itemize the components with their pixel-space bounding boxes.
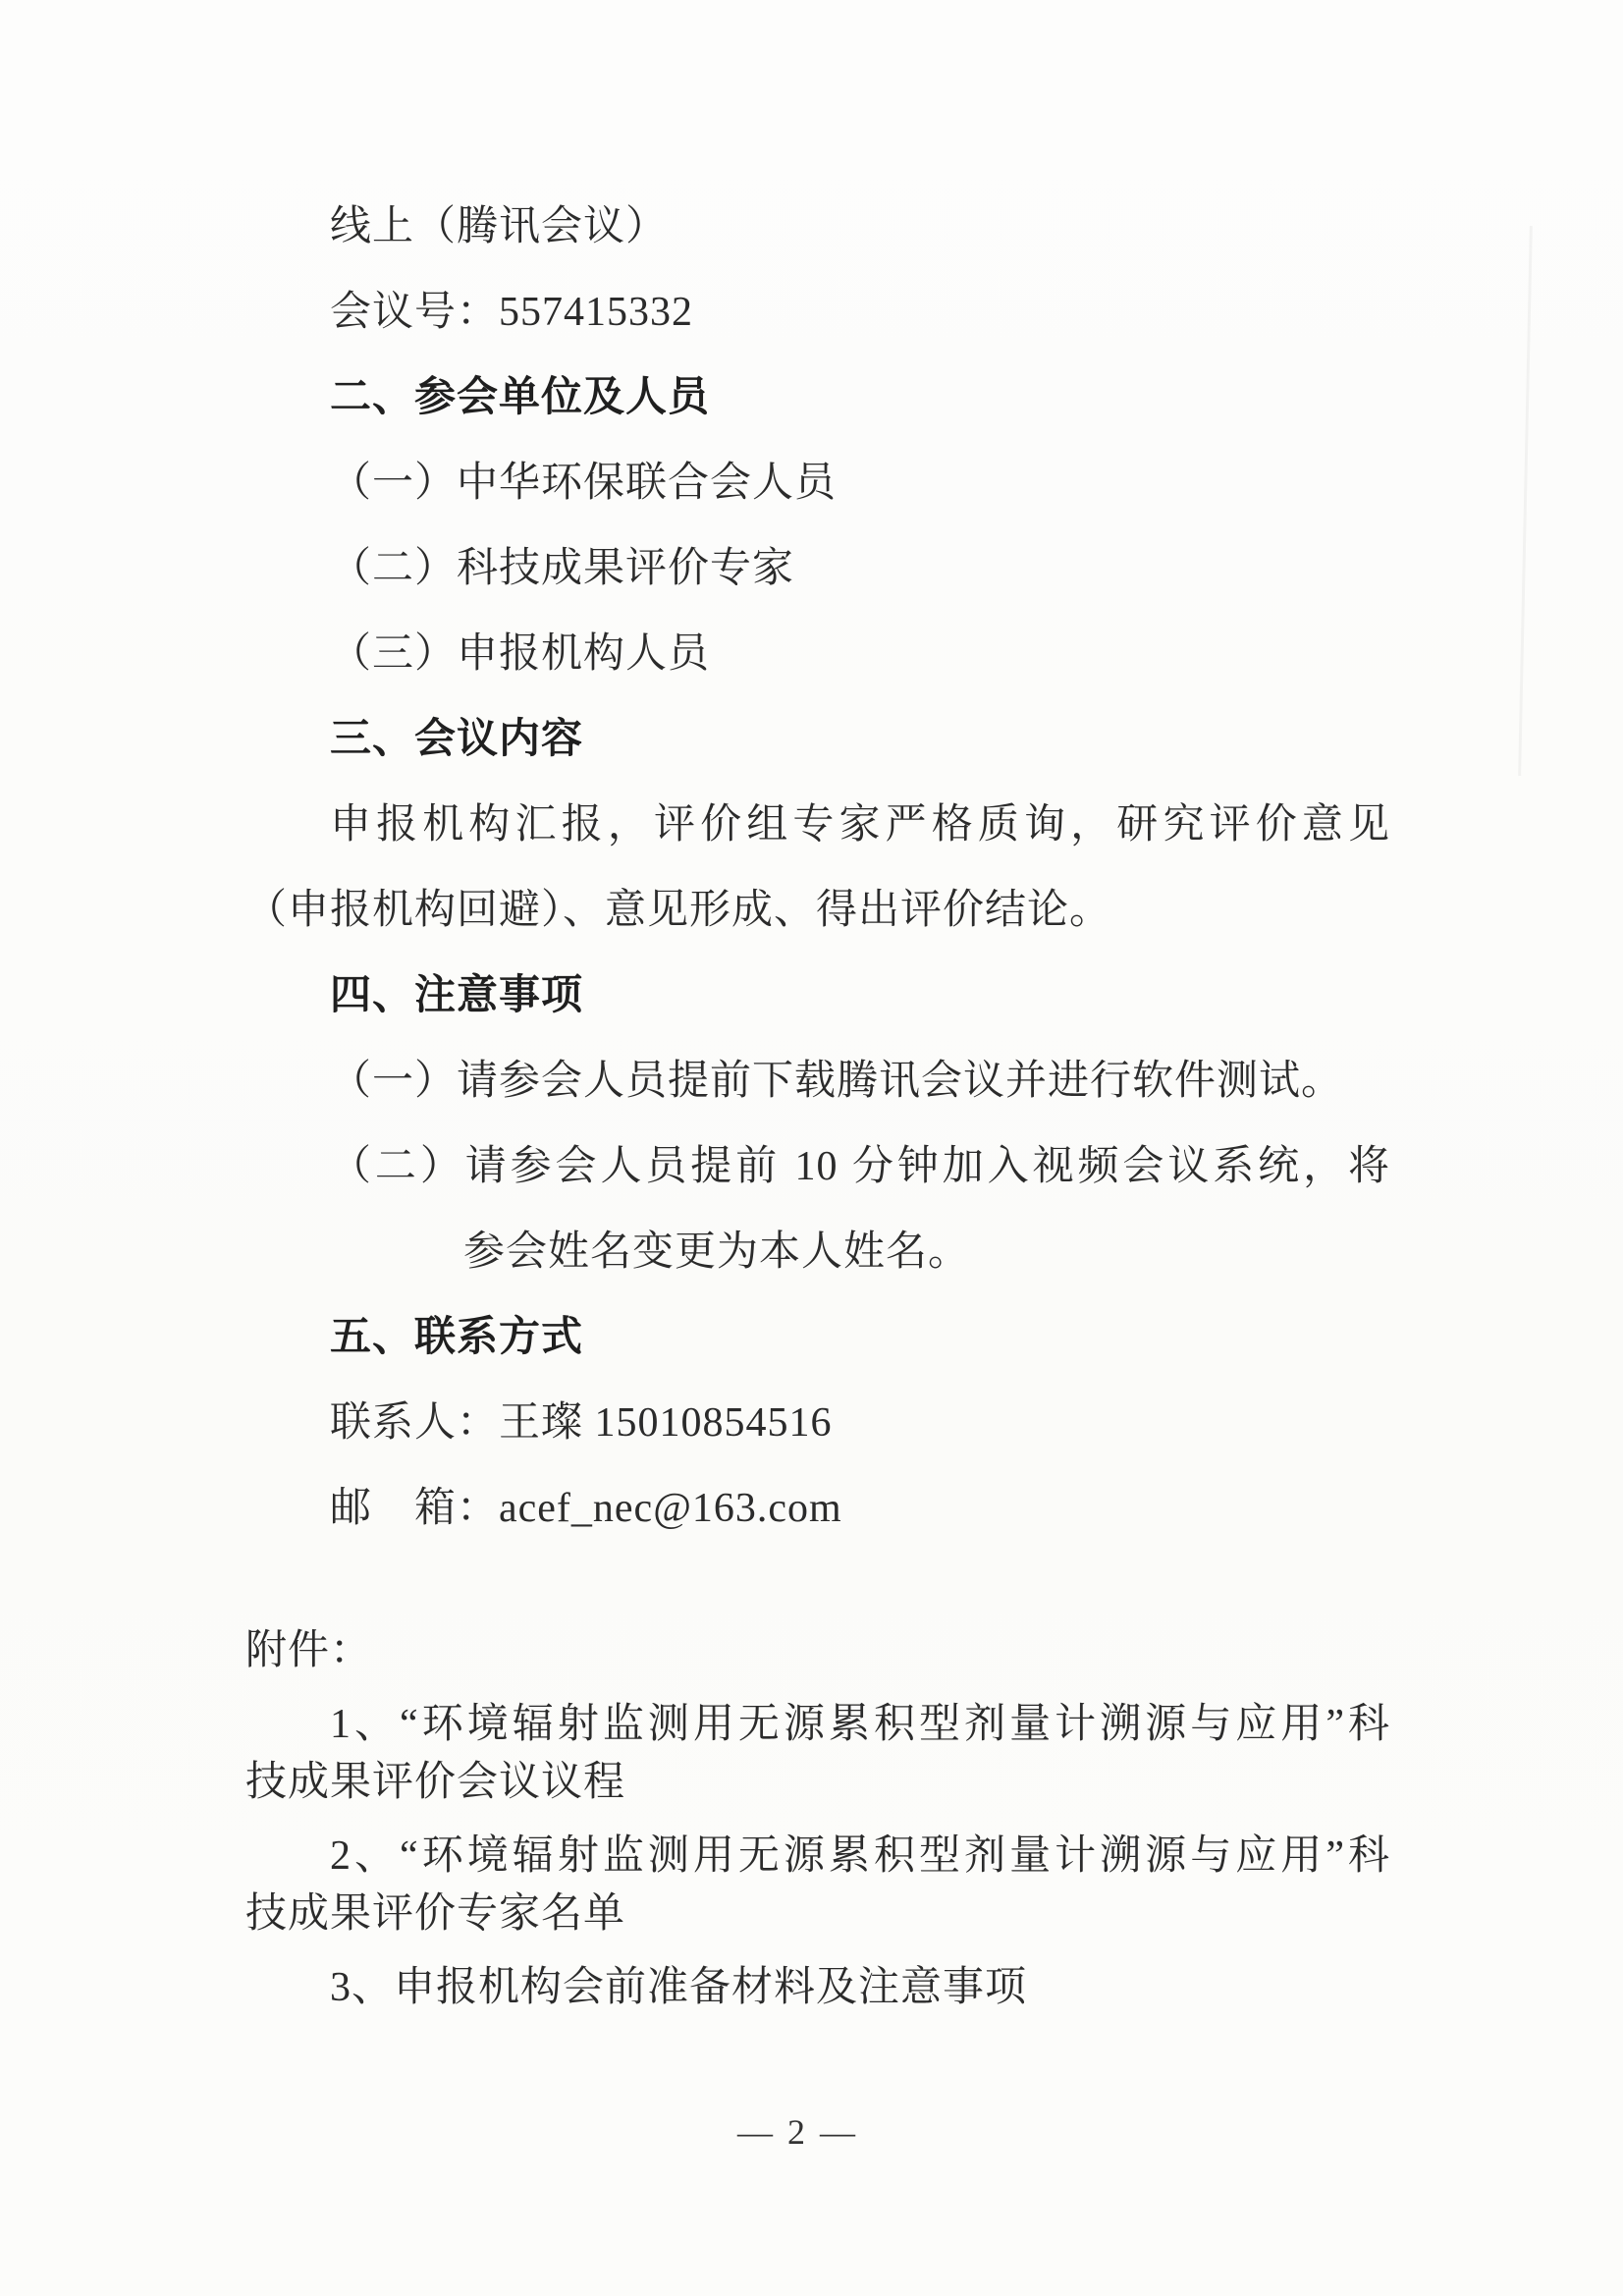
section-4-item-2-line-1: （二）请参会人员提前 10 分钟加入视频会议系统，将 (245, 1124, 1390, 1210)
scan-artifact (1518, 226, 1533, 776)
section-4-item-1: （一）请参会人员提前下载腾讯会议并进行软件测试。 (245, 1039, 1390, 1124)
document-body: 线上（腾讯会议） 会议号：557415332 二、参会单位及人员 （一）中华环保… (245, 185, 1390, 1552)
attachment-1-line-2: 技成果评价会议议程 (245, 1754, 1390, 1812)
section-3-text-line-2: （申报机构回避）、意见形成、得出评价结论。 (245, 868, 1390, 954)
attachment-2-line-2: 技成果评价专家名单 (245, 1886, 1390, 1943)
attachments-block: 附件： 1、“环境辐射监测用无源累积型剂量计溯源与应用”科 技成果评价会议议程 … (245, 1622, 1390, 2017)
attachment-2-line-1: 2、“环境辐射监测用无源累积型剂量计溯源与应用”科 (245, 1828, 1390, 1886)
heading-section-5: 五、联系方式 (245, 1295, 1390, 1381)
section-2-item-1: （一）中华环保联合会人员 (245, 441, 1390, 526)
line-meeting-number: 会议号：557415332 (245, 270, 1390, 355)
page-number: — 2 — (0, 2111, 1596, 2153)
line-venue: 线上（腾讯会议） (245, 185, 1390, 270)
section-4-item-2-line-2: 参会姓名变更为本人姓名。 (245, 1210, 1390, 1295)
heading-section-2: 二、参会单位及人员 (245, 355, 1390, 441)
line-contact-person: 联系人：王璨 15010854516 (245, 1381, 1390, 1466)
document-page: 线上（腾讯会议） 会议号：557415332 二、参会单位及人员 （一）中华环保… (0, 0, 1623, 2296)
attachment-3: 3、申报机构会前准备材料及注意事项 (245, 1959, 1390, 2017)
attachment-1-line-1: 1、“环境辐射监测用无源累积型剂量计溯源与应用”科 (245, 1696, 1390, 1754)
heading-section-3: 三、会议内容 (245, 697, 1390, 783)
section-2-item-3: （三）申报机构人员 (245, 612, 1390, 697)
section-2-item-2: （二）科技成果评价专家 (245, 526, 1390, 612)
heading-section-4: 四、注意事项 (245, 954, 1390, 1039)
attachments-label: 附件： (245, 1622, 1390, 1680)
line-contact-email: 邮 箱：acef_nec@163.com (245, 1466, 1390, 1552)
section-3-text-line-1: 申报机构汇报，评价组专家严格质询，研究评价意见 (245, 783, 1390, 868)
